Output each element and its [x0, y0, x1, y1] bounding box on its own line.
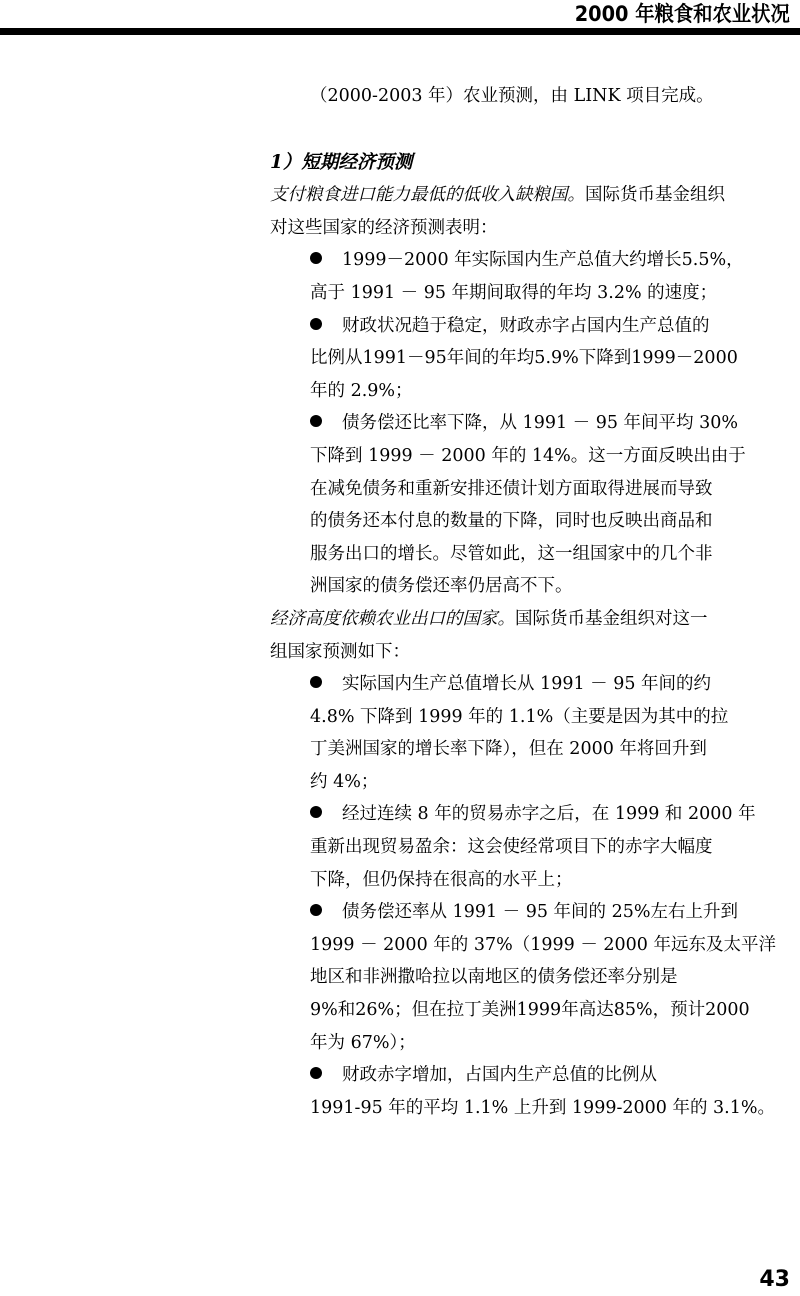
bullet-icon	[310, 415, 322, 427]
bullet-icon	[310, 806, 322, 818]
group1-bullet-3: 债务偿还比率下降，从 1991 － 95 年间平均 30% 下降到 1999 －…	[270, 407, 796, 603]
bullet-icon	[310, 676, 322, 688]
group2-bullet-2: 经过连续 8 年的贸易赤字之后，在 1999 和 2000 年 重新出现贸易盈余…	[270, 798, 796, 896]
bullet-icon	[310, 904, 322, 916]
bullet-icon	[310, 1067, 322, 1079]
group1-bullet-2: 财政状况趋于稳定，财政赤字占国内生产总值的 比例从1991－95年间的年均5.9…	[270, 310, 796, 408]
group2-lead-line: 经济高度依赖农业出口的国家。国际货币基金组织对这一	[270, 603, 796, 636]
group1-lead-line: 支付粮食进口能力最低的低收入缺粮国。国际货币基金组织	[270, 179, 796, 212]
section-title: 1）短期经济预测	[270, 147, 796, 180]
group2-line2: 组国家预测如下：	[270, 636, 796, 669]
group2-bullet-4: 财政赤字增加，占国内生产总值的比例从 1991-95 年的平均 1.1% 上升到…	[270, 1059, 796, 1124]
group2-lead: 经济高度依赖农业出口的国家。	[270, 609, 515, 629]
group2-lead-rest: 国际货币基金组织对这一	[515, 609, 708, 629]
group1-lead-rest: 国际货币基金组织	[585, 185, 725, 205]
intro-line: （2000-2003 年）农业预测，由 LINK 项目完成。	[270, 80, 796, 113]
bullet-icon	[310, 252, 322, 264]
bullet-icon	[310, 318, 322, 330]
header-rule	[0, 28, 800, 35]
group1-line2: 对这些国家的经济预测表明：	[270, 212, 796, 245]
running-head: 2000 年粮食和农业状况	[575, 2, 790, 26]
group1-lead: 支付粮食进口能力最低的低收入缺粮国。	[270, 185, 585, 205]
group2-bullet-1: 实际国内生产总值增长从 1991 － 95 年间的约 4.8% 下降到 1999…	[270, 668, 796, 798]
page-number: 43	[759, 1268, 790, 1292]
group1-bullet-1: 1999－2000 年实际国内生产总值大约增长5.5%， 高于 1991 － 9…	[270, 244, 796, 309]
group2-bullet-3: 债务偿还率从 1991 － 95 年间的 25%左右上升到 1999 － 200…	[270, 896, 796, 1059]
page-body: （2000-2003 年）农业预测，由 LINK 项目完成。 1）短期经济预测 …	[270, 80, 796, 1124]
